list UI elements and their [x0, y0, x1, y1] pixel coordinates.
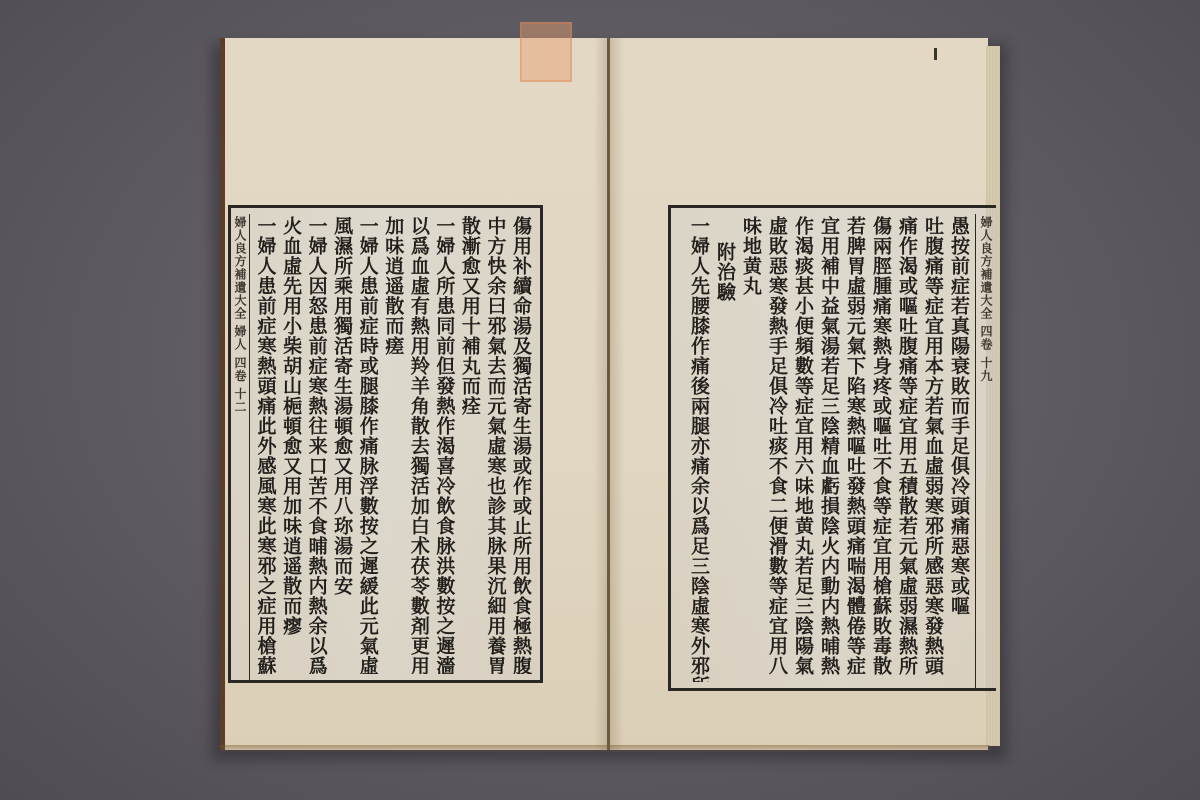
book-gutter	[607, 38, 610, 750]
text-column: 宜用補中益氣湯若足三陰精血虧損陰火内動内熱晡熱	[816, 216, 842, 682]
text-column: 痛作渴或嘔吐腹痛等症宜用五積散若元氣虛弱濕熱所	[894, 216, 920, 682]
text-column: 火血虛先用小柴胡山梔頓愈又用加味逍遥散而瘳	[279, 216, 305, 674]
text-column: 味地黄丸	[738, 216, 764, 682]
text-column: 愚按前症若真陽衰敗而手足俱冷頭痛惡寒或嘔	[946, 216, 972, 682]
text-column: 傷兩脛腫痛寒熱身疼或嘔吐不食等症宜用槍蘇敗毒散	[868, 216, 894, 682]
section-heading: 附治驗	[712, 216, 738, 708]
right-margin-column: 婦人良方補遺大全 四卷 十九	[977, 216, 994, 682]
text-column: 中方快余曰邪氣去而元氣虛寒也診其脉果沉細用養胃	[483, 216, 509, 674]
left-text-columns: 傷用补續命湯及獨活寄生湯或作或止所用飲食極熱腹 中方快余曰邪氣去而元氣虛寒也診其…	[253, 216, 534, 674]
open-book: 傷用补續命湯及獨活寄生湯或作或止所用飲食極熱腹 中方快余曰邪氣去而元氣虛寒也診其…	[0, 0, 1200, 800]
text-column: 一婦人患前症寒熱頭痛此外感風寒此寒邪之症用槍蘇敗毒	[253, 216, 279, 674]
margin-rule	[249, 214, 250, 680]
text-column: 作渴痰甚小便頻數等症宜用六味地黄丸若足三陰陽氣	[790, 216, 816, 682]
text-column: 風濕所乘用獨活寄生湯頓愈又用八珎湯而安	[330, 216, 356, 674]
margin-title: 婦人良方補遺大全 婦人 四卷 十二	[232, 216, 248, 674]
bottom-edge	[220, 745, 990, 753]
library-seal-stamp	[520, 22, 572, 82]
text-column: 加味逍遥散而瘥	[381, 216, 407, 674]
right-text-columns: 愚按前症若真陽衰敗而手足俱冷頭痛惡寒或嘔 吐腹痛等症宜用本方若氣血虛弱寒邪所感惡…	[677, 216, 972, 682]
text-column: 吐腹痛等症宜用本方若氣血虛弱寒邪所感惡寒發熱頭	[920, 216, 946, 682]
left-text-frame: 傷用补續命湯及獨活寄生湯或作或止所用飲食極熱腹 中方快余曰邪氣去而元氣虛寒也診其…	[228, 205, 543, 683]
text-column: 以爲血虛有熱用羚羊角散去獨活加白术茯苓數剤更用	[406, 216, 432, 674]
left-margin-column: 婦人良方補遺大全 婦人 四卷 十二	[232, 216, 248, 674]
text-column: 若脾胃虛弱元氣下陷寒熱嘔吐發熱頭痛喘渴體倦等症	[842, 216, 868, 682]
text-column: 一婦人患前症時或腿膝作痛脉浮數按之遲緩此元氣虛而	[355, 216, 381, 674]
text-column: 一婦人因怒患前症寒熱往来口苦不食晡熱内熱余以爲肝	[304, 216, 330, 674]
text-column: 虛敗惡寒發熱手足俱冷吐痰不食二便滑數等症宜用八	[764, 216, 790, 682]
folio-mark	[934, 48, 937, 60]
text-column: 一婦人所患同前但發熱作渴喜冷飲食脉洪數按之遲濇余	[432, 216, 458, 674]
text-column: 傷用补續命湯及獨活寄生湯或作或止所用飲食極熱腹	[508, 216, 534, 674]
margin-rule	[975, 214, 976, 688]
text-column: 一婦人先腰膝作痛後兩腿亦痛余以爲足三陰虛寒外邪所	[686, 216, 712, 682]
right-text-frame: 愚按前症若真陽衰敗而手足俱冷頭痛惡寒或嘔 吐腹痛等症宜用本方若氣血虛弱寒邪所感惡…	[668, 205, 996, 691]
margin-title: 婦人良方補遺大全 四卷 十九	[978, 216, 994, 682]
text-column: 散漸愈又用十補丸而痊	[457, 216, 483, 674]
